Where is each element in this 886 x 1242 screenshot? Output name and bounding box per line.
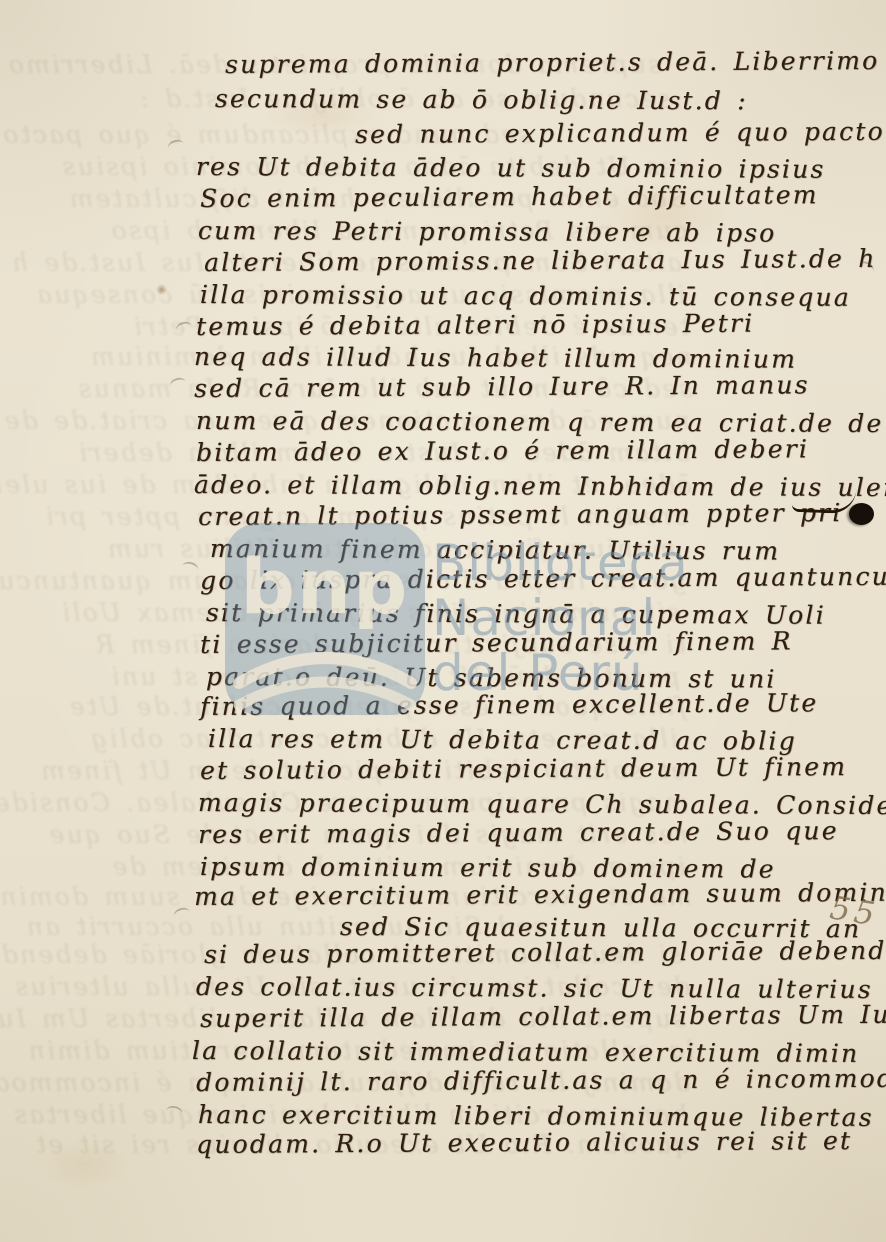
manuscript-page: suprema dominia propriet.s deā. Liberrim…: [0, 0, 886, 1242]
handwriting-layer: suprema dominia propriet.s deā. Liberrim…: [0, 0, 886, 1242]
manuscript-line: ādeo. et illam oblig.nem Inbhidam de ius…: [194, 470, 886, 502]
manuscript-line: sit primarius finis ingnā a cupemax Uoli: [206, 598, 826, 630]
manuscript-line: finis quod a esse finem excellent.de Ute: [200, 688, 818, 721]
manuscript-line: ma et exercitium erit exigendam suum dom…: [194, 878, 886, 911]
manuscript-line: ti esse subjicitur secundarium finem R: [200, 626, 793, 659]
manuscript-line: sed nunc explicandum é quo pacto: [355, 117, 885, 149]
manuscript-line: quodam. R.o Ut executio alicuius rei sit…: [196, 1126, 852, 1159]
manuscript-line: num eā des coactionem q rem ea criat.de …: [196, 406, 884, 438]
manuscript-line: illa promissio ut acq dominis. tū conseq…: [200, 280, 851, 312]
manuscript-line: sed cā rem ut sub illo Iure R. In manus: [194, 370, 810, 403]
ink-blot: [849, 503, 874, 525]
manuscript-line: suprema dominia propriet.s deā. Liberrim…: [225, 46, 879, 79]
manuscript-line: go lix iuspra dictis etter creat.am quan…: [200, 562, 886, 595]
folio-number: 55: [827, 888, 881, 933]
manuscript-line: superit illa de illam collat.em libertas…: [200, 1000, 886, 1033]
manuscript-line: temus é debita alteri nō ipsius Petri: [196, 309, 754, 341]
manuscript-line: neq ads illud Ius habet illum dominium: [194, 342, 797, 374]
manuscript-line: illa res etm Ut debita creat.d ac oblig: [208, 724, 797, 756]
manuscript-line: des collat.ius circumst. sic Ut nulla ul…: [196, 972, 873, 1004]
manuscript-line: creat.n lt potius pssemt anguam ppter pr…: [198, 498, 843, 531]
manuscript-line: bitam ādeo ex Iust.o é rem illam deberi: [196, 434, 809, 467]
manuscript-line: manium finem accipiatur. Utilius rum: [210, 534, 780, 565]
manuscript-line: et solutio debiti respiciant deum Ut fin…: [200, 752, 847, 785]
manuscript-line: Soc enim peculiarem habet difficultatem: [200, 180, 819, 213]
manuscript-line: si deus promitteret collat.em gloriāe de…: [204, 936, 886, 969]
manuscript-line: res erit magis dei quam creat.de Suo que: [198, 816, 839, 849]
manuscript-line: la collatio sit immediatum exercitium di…: [192, 1036, 860, 1068]
manuscript-line: cum res Petri promissa libere ab ipso: [198, 216, 777, 248]
manuscript-line: secundum se ab ō oblig.ne Iust.d :: [215, 84, 748, 115]
manuscript-line: dominij lt. raro difficult.as a q n é in…: [196, 1064, 886, 1097]
manuscript-line: res Ut debita ādeo ut sub dominio ipsius: [196, 152, 826, 184]
manuscript-line: alteri Som promiss.ne liberata Ius Iust.…: [204, 244, 877, 277]
